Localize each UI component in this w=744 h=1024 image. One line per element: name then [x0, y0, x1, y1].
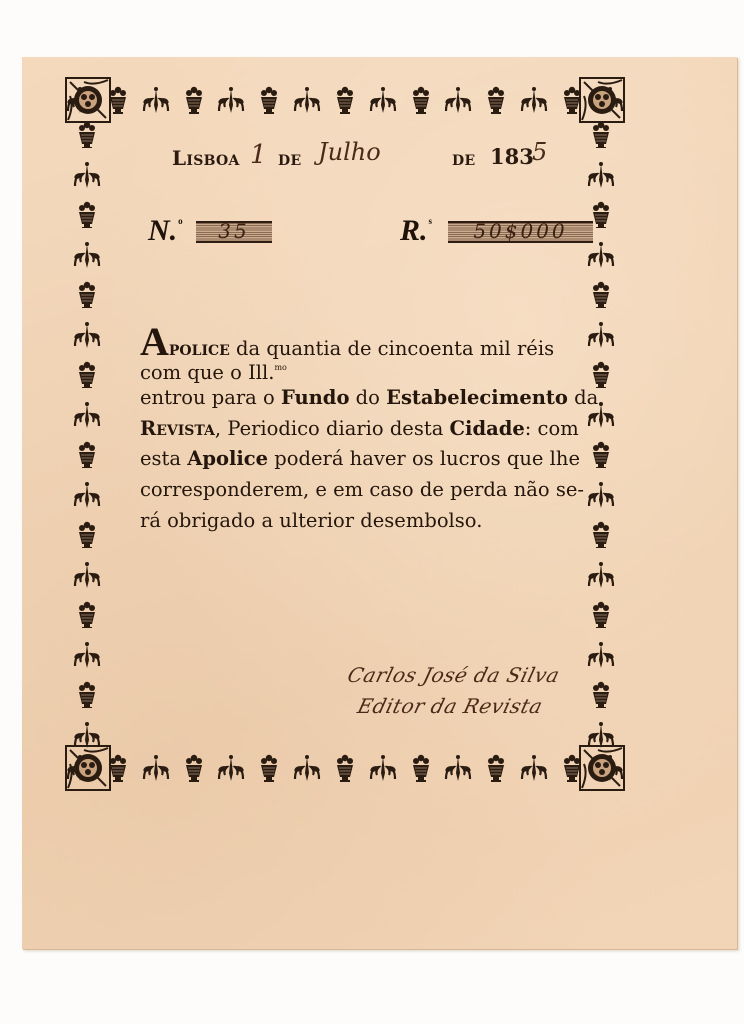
- scroll-leaf-icon: [217, 85, 245, 115]
- body-line-7: rá obrigado a ulterior desembolso.: [140, 506, 610, 537]
- corner-medallion-icon: [578, 76, 626, 124]
- amount-value: 50$000: [448, 219, 593, 243]
- body-line-3: entrou para o Fundo do Estabelecimento d…: [140, 383, 610, 414]
- scroll-leaf-icon: [369, 753, 397, 783]
- flower-basket-icon: [73, 680, 103, 708]
- flower-basket-icon: [331, 753, 359, 783]
- number-amount-row: N.o 35 R.s 50$000: [148, 214, 598, 254]
- body-line-1: Apolice da quantia de cincoenta mil réis: [140, 322, 610, 353]
- scroll-leaf-icon: [73, 160, 103, 188]
- flower-basket-icon: [482, 753, 510, 783]
- dateline: Lisboa 1 de Julho de 183 5: [150, 140, 590, 176]
- scroll-leaf-icon: [142, 753, 170, 783]
- scroll-leaf-icon: [293, 753, 321, 783]
- corner-medallion-icon: [64, 744, 112, 792]
- scroll-leaf-icon: [73, 640, 103, 668]
- flower-basket-icon: [587, 280, 617, 308]
- flower-basket-icon: [73, 120, 103, 148]
- scroll-leaf-icon: [73, 320, 103, 348]
- scroll-leaf-icon: [73, 560, 103, 588]
- border-bottom: [66, 746, 624, 790]
- amount-label: R.s: [400, 214, 432, 248]
- scroll-leaf-icon: [520, 753, 548, 783]
- scroll-leaf-icon: [217, 753, 245, 783]
- city-label: Lisboa: [172, 146, 240, 170]
- flower-basket-icon: [73, 200, 103, 228]
- body-line-6: corresponderem, e em caso de perda não s…: [140, 475, 610, 506]
- number-box: 35: [196, 221, 272, 243]
- flower-basket-icon: [180, 753, 208, 783]
- flower-basket-icon: [331, 85, 359, 115]
- scroll-leaf-icon: [587, 160, 617, 188]
- de-label-1: de: [278, 146, 301, 170]
- flower-basket-icon: [73, 280, 103, 308]
- certificate-body: Apolice da quantia de cincoenta mil réis…: [140, 322, 610, 536]
- flower-basket-icon: [482, 85, 510, 115]
- signature-title: Editor da Revista: [344, 691, 612, 722]
- number-label: N.o: [148, 214, 183, 248]
- border-top: [66, 78, 624, 122]
- scroll-leaf-icon: [444, 753, 472, 783]
- scroll-leaf-icon: [369, 85, 397, 115]
- signature-name: Carlos José da Silva: [344, 660, 612, 691]
- flower-basket-icon: [73, 600, 103, 628]
- border-left: [66, 120, 110, 748]
- flower-basket-icon: [180, 85, 208, 115]
- year-handwritten-digit: 5: [532, 138, 547, 166]
- flower-basket-icon: [407, 753, 435, 783]
- flower-basket-icon: [587, 600, 617, 628]
- flower-basket-icon: [587, 120, 617, 148]
- scroll-leaf-icon: [293, 85, 321, 115]
- flower-basket-icon: [255, 85, 283, 115]
- flower-basket-icon: [255, 753, 283, 783]
- de-label-2: de: [452, 146, 475, 170]
- scroll-leaf-icon: [73, 400, 103, 428]
- flower-basket-icon: [73, 440, 103, 468]
- flower-basket-icon: [73, 360, 103, 388]
- flower-basket-icon: [73, 520, 103, 548]
- signature-block: Carlos José da Silva Editor da Revista: [348, 660, 608, 722]
- amount-box: 50$000: [448, 221, 593, 243]
- handwritten-month: Julho: [318, 138, 381, 166]
- scroll-leaf-icon: [73, 240, 103, 268]
- year-printed: 183: [490, 144, 534, 169]
- corner-medallion-icon: [64, 76, 112, 124]
- corner-medallion-icon: [578, 744, 626, 792]
- body-line-4: Revista, Periodico diario desta Cidade: …: [140, 414, 610, 445]
- scroll-leaf-icon: [520, 85, 548, 115]
- scroll-leaf-icon: [444, 85, 472, 115]
- handwritten-day: 1: [250, 140, 267, 170]
- certificate-number: 35: [196, 219, 272, 243]
- flower-basket-icon: [407, 85, 435, 115]
- body-line-5: esta Apolice poderá haver os lucros que …: [140, 444, 610, 475]
- scroll-leaf-icon: [587, 560, 617, 588]
- scroll-leaf-icon: [73, 480, 103, 508]
- scroll-leaf-icon: [142, 85, 170, 115]
